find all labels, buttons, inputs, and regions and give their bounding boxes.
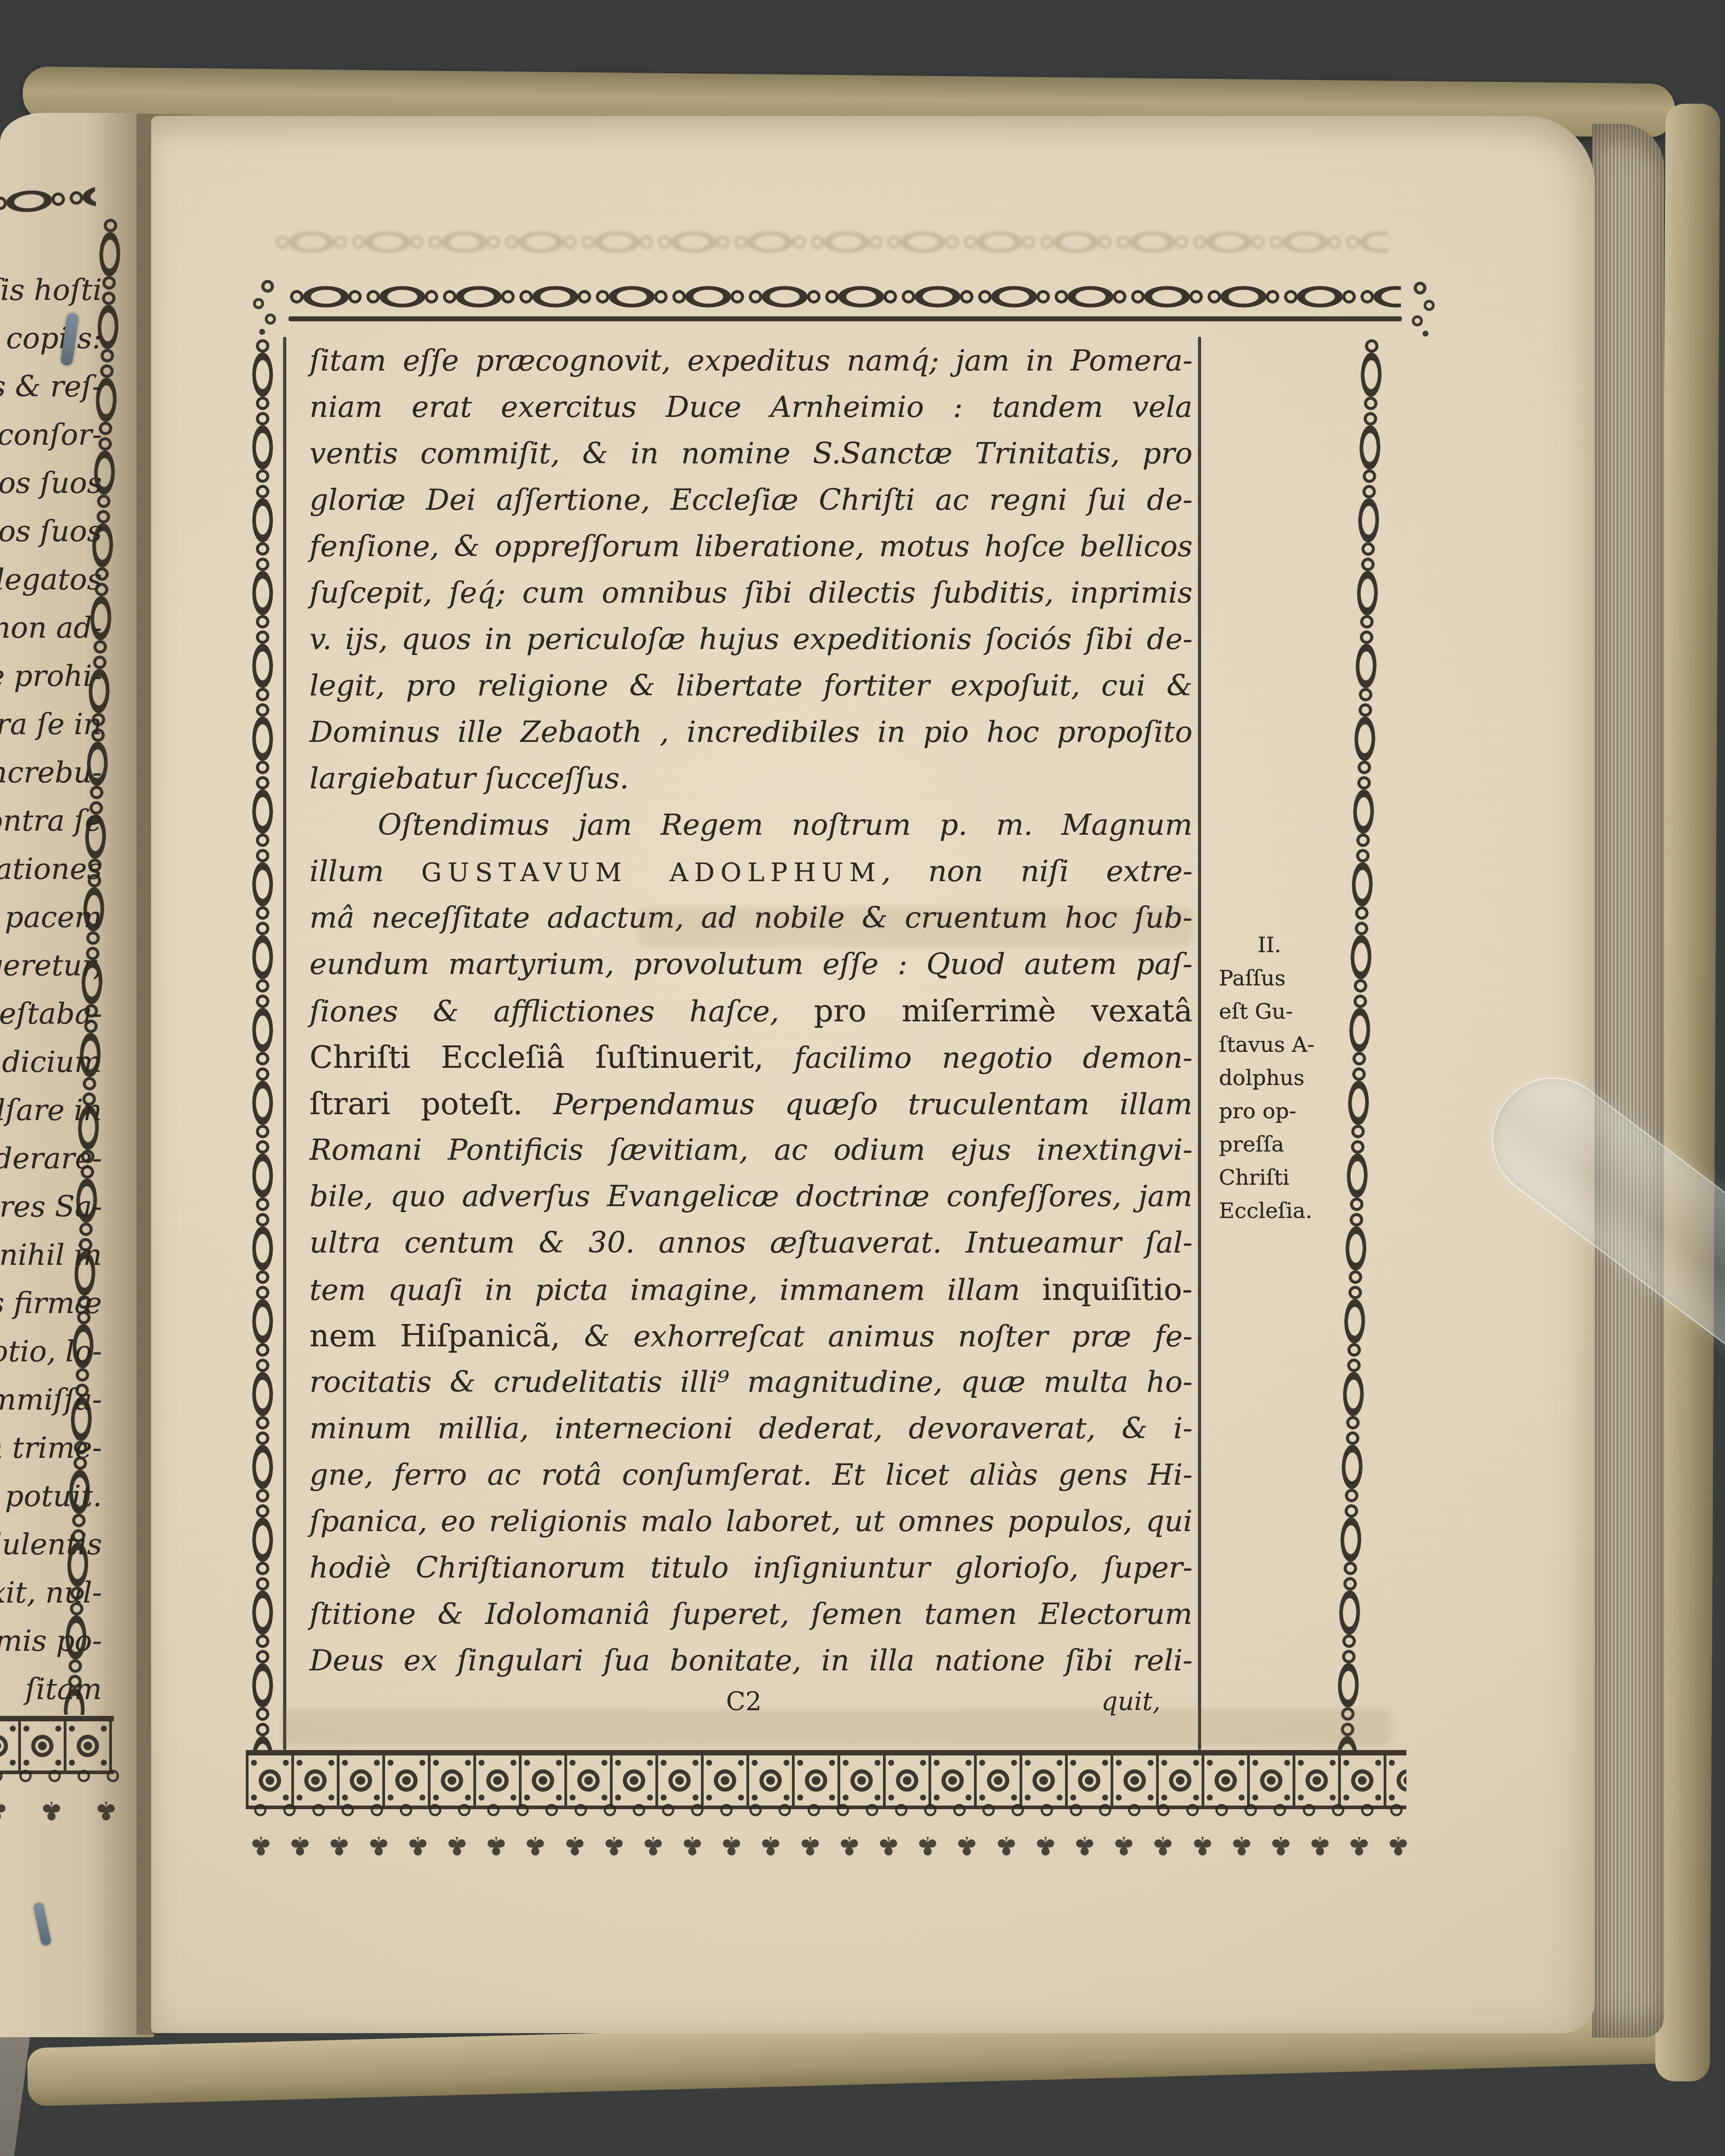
gutter-fold-shadow	[0, 113, 154, 2037]
fleuron-icon: ♣	[1191, 1815, 1214, 1859]
fleuron-icon: ♣	[485, 1815, 507, 1859]
text-line: Chriſti Eccleſiâ ſuſtinuerit, facilimo n…	[309, 1034, 1192, 1081]
text-line: niam erat exercitus Duce Arnheimio : tan…	[309, 384, 1192, 431]
fleuron-icon: ♣	[955, 1815, 978, 1859]
top-chain-border	[288, 278, 1401, 316]
left-text-rule	[283, 337, 286, 1750]
fleuron-icon: ♣	[328, 1815, 350, 1859]
text-line: rocitatis & crudelitatis illi⁹ magnitudi…	[309, 1359, 1192, 1405]
fleuron-icon: ♣	[446, 1815, 468, 1859]
fleuron-icon: ♣	[1309, 1815, 1331, 1859]
text-line: Dominus ille Zebaoth , incredibiles in p…	[309, 709, 1192, 756]
fleuron-icon: ♣	[406, 1815, 429, 1859]
gathering-signature: C2	[726, 1687, 761, 1716]
margin-note-line: Eccleſia.	[1219, 1194, 1320, 1228]
text-line: hodiè Chriſtianorum titulo inſigniuntur …	[309, 1545, 1192, 1591]
fleuron-icon: ♣	[1034, 1815, 1057, 1859]
page-block-fore-edge	[1592, 124, 1664, 2038]
fleuron-icon: ♣	[642, 1815, 665, 1859]
text-line: ſtitione & Idolomaniâ ſuperet, ſemen tam…	[309, 1591, 1192, 1638]
text-line: bile, quo adverſus Evangelicæ doctrinæ c…	[309, 1173, 1192, 1220]
text-line: mâ neceſſitate adactum, ad nobile & crue…	[309, 895, 1192, 941]
fleuron-icon: ♣	[367, 1815, 390, 1859]
text-line: v. ijs, quos in periculoſæ hujus expedit…	[309, 616, 1192, 663]
text-line: nem Hiſpanicã, & exhorreſcat animus noſt…	[309, 1313, 1192, 1359]
margin-note-line: pro op-	[1219, 1095, 1320, 1128]
fleuron-icon: ♣	[916, 1815, 939, 1859]
text-line: illum GUSTAVUM ADOLPHUM, non niſi extre-	[309, 848, 1192, 895]
text-line: minum millia, internecioni dederat, devo…	[309, 1405, 1192, 1452]
border-corner-ornament-topright	[1404, 278, 1440, 340]
signature-line: C2 quit,	[309, 1687, 1192, 1719]
fleuron-icon: ♣	[1269, 1815, 1292, 1859]
fleuron-icon: ♣	[681, 1815, 704, 1859]
offset-chain-showthrough	[273, 223, 1388, 269]
margin-note: II.Paſſuseſt Gu-ſtavus A-dolphuspro op-p…	[1219, 928, 1320, 1228]
margin-note-line: preſſa	[1219, 1128, 1320, 1161]
fleuron-icon: ♣	[1152, 1815, 1174, 1859]
fleuron-icon: ♣	[1348, 1815, 1370, 1859]
book-cover-fore-edge	[1655, 104, 1720, 2082]
fleuron-icon: ♣	[1112, 1815, 1135, 1859]
margin-note-line: II.	[1219, 928, 1320, 962]
left-page: ſubmiſſis hoſtirmis & copiis:rceptis & r…	[0, 113, 154, 2037]
fleuron-icon: ♣	[1073, 1815, 1096, 1859]
margin-note-line: Chriſti	[1219, 1161, 1320, 1194]
bottom-fleuron-band: ♣♣♣♣♣♣♣♣♣♣♣♣♣♣♣♣♣♣♣♣♣♣♣♣♣♣♣♣♣♣	[246, 1802, 1414, 1859]
text-line: largiebatur ſucceſſus.	[309, 756, 1192, 802]
text-line: gloriæ Dei aſſertione, Eccleſiæ Chriſti …	[309, 477, 1192, 523]
margin-note-line: dolphus	[1219, 1061, 1320, 1095]
fleuron-icon: ♣	[524, 1815, 547, 1859]
text-line: ſpanica, eo religionis malo laboret, ut …	[309, 1498, 1192, 1545]
text-line: gne, ferro ac rotâ conſumſerat. Et licet…	[309, 1452, 1192, 1498]
text-line: ventis commiſit, & in nomine S.Sanctæ Tr…	[309, 431, 1192, 477]
margin-note-line: eſt Gu-	[1219, 995, 1320, 1028]
fleuron-icon: ♣	[249, 1815, 272, 1859]
left-chain-border	[248, 338, 278, 1750]
fleuron-icon: ♣	[1230, 1815, 1253, 1859]
right-text-rule	[1198, 337, 1201, 1750]
text-line: ſiones & afflictiones haſce, pro miſerri…	[309, 988, 1192, 1034]
catchword: quit,	[1101, 1687, 1161, 1716]
fleuron-icon: ♣	[838, 1815, 861, 1859]
fleuron-icon: ♣	[759, 1815, 782, 1859]
fleuron-icon: ♣	[563, 1815, 586, 1859]
text-line: fenſione, & oppreſſorum liberatione, mot…	[309, 523, 1192, 570]
fleuron-icon: ♣	[799, 1815, 822, 1859]
top-rule	[289, 316, 1402, 321]
fleuron-icon: ♣	[720, 1815, 743, 1859]
fleuron-icon: ♣	[603, 1815, 625, 1859]
text-line: eundum martyrium, provolutum eſſe : Quod…	[309, 941, 1192, 988]
bottom-ornament-band	[246, 1750, 1406, 1809]
margin-note-line: ſtavus A-	[1219, 1028, 1320, 1061]
text-line: ſitam eſſe præcognovit, expeditus namq́;…	[309, 338, 1192, 384]
text-line: ultra centum & 30. annos æſtuaverat. Int…	[309, 1220, 1192, 1266]
right-page: ſitam eſſe præcognovit, expeditus namq́;…	[151, 116, 1595, 2033]
fleuron-icon: ♣	[995, 1815, 1018, 1859]
text-line: tem quaſi in picta imagine, immanem illa…	[309, 1266, 1192, 1313]
text-line: legit, pro religione & libertate fortite…	[309, 663, 1192, 709]
text-line: Romani Pontificis ſævitiam, ac odium eju…	[309, 1127, 1192, 1173]
text-line: Oſtendimus jam Regem noſtrum p. m. Magnu…	[309, 802, 1192, 848]
right-chain-border	[1332, 338, 1387, 1750]
fleuron-icon: ♣	[877, 1815, 900, 1859]
fleuron-icon: ♣	[1387, 1815, 1410, 1859]
main-text-column: ſitam eſſe præcognovit, expeditus namq́;…	[309, 338, 1192, 1684]
text-line: ſtrari poteſt. Perpendamus quæſo trucule…	[309, 1081, 1192, 1127]
text-line: Deus ex ſingulari ſua bonitate, in illa …	[309, 1638, 1192, 1684]
border-corner-ornament-topleft	[248, 276, 284, 338]
fleuron-icon: ♣	[289, 1815, 311, 1859]
text-line: ſuſcepit, ſeq́; cum omnibus ſibi dilecti…	[309, 570, 1192, 616]
margin-note-line: Paſſus	[1219, 962, 1320, 995]
